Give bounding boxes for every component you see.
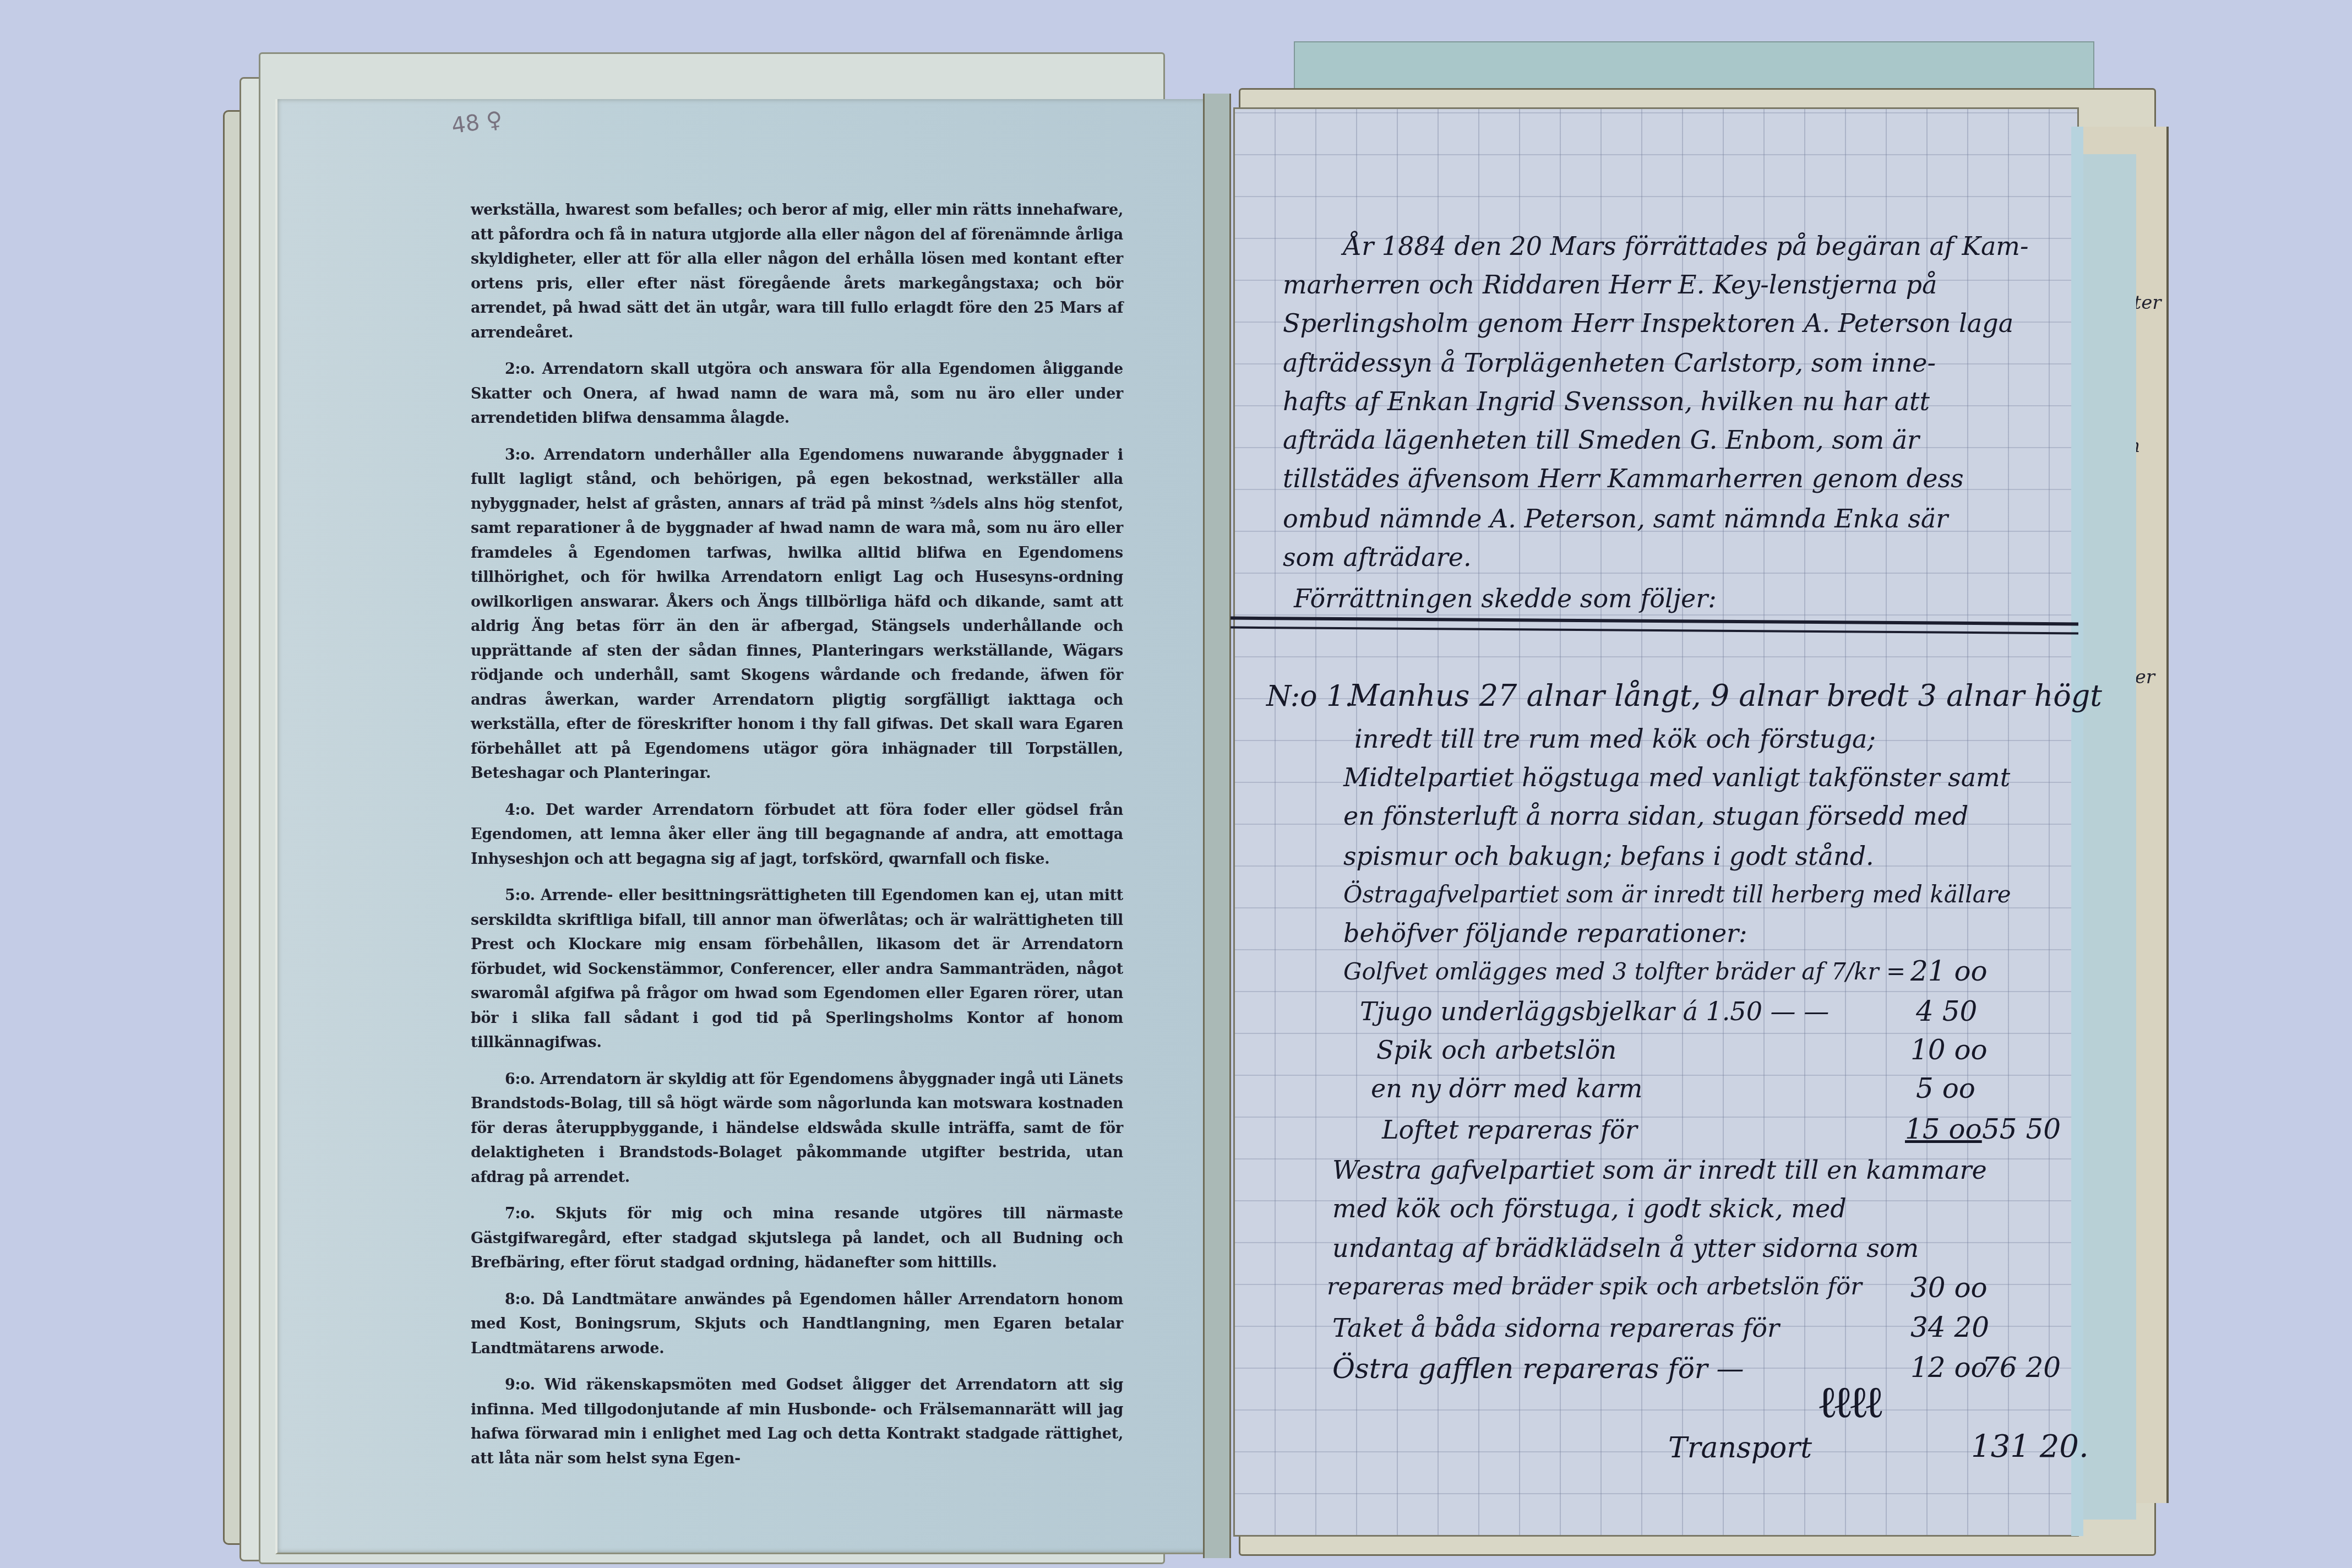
book-spine-gutter xyxy=(1203,94,1231,1558)
intro-line: afträdessyn å Torplägenheten Carlstorp, … xyxy=(1283,348,1936,378)
cost-label: Taket å båda sidorna repareras för xyxy=(1332,1313,1779,1343)
cost-label: Loftet repareras för xyxy=(1382,1115,1637,1145)
cost-amount: 12 oo xyxy=(1910,1352,1988,1384)
cost-label: Spik och arbetslön xyxy=(1376,1035,1616,1065)
cost-amount: 30 oo xyxy=(1910,1272,1988,1304)
cost-amount: 10 oo xyxy=(1910,1034,1988,1066)
cost-label: Tjugo underläggsbjelkar á 1.50 — — xyxy=(1360,997,1829,1026)
cost-amount: 34 20 xyxy=(1910,1311,1989,1343)
intro-line: ombud nämnde A. Peterson, samt nämnda En… xyxy=(1283,504,1948,533)
cost-amount: 4 50 xyxy=(1916,995,1977,1027)
intro-line: tillstädes äfvensom Herr Kammarherren ge… xyxy=(1283,464,1964,493)
intro-line: afträda lägenheten till Smeden G. Enbom,… xyxy=(1283,425,1919,455)
cost-amount: 21 oo xyxy=(1910,955,1988,987)
intro-line: Sperlingsholm genom Herr Inspektoren A. … xyxy=(1283,308,2013,338)
item-line: Manhus 27 alnar långt, 9 alnar bredt 3 a… xyxy=(1349,678,2102,713)
flourish-icon: ℓℓℓℓ xyxy=(1817,1376,1879,1428)
paragraph-5: 5:o. Arrende- eller besittningsrättighet… xyxy=(471,884,1123,1055)
paragraph-9: 9:o. Wid räkenskapsmöten med Godset ålig… xyxy=(471,1373,1123,1471)
cost-label: Östra gafflen repareras för — xyxy=(1332,1353,1744,1385)
paragraph-2: 2:o. Arrendatorn skall utgöra och answar… xyxy=(471,357,1123,431)
item-line: Midtelpartiet högstuga med vanligt takfö… xyxy=(1343,763,2010,792)
intro-line: År 1884 den 20 Mars förrättades på begär… xyxy=(1343,231,2028,261)
item-number-label: N:o 1. xyxy=(1266,680,1354,713)
cost-amount: 5 oo xyxy=(1916,1072,1975,1104)
paragraph-6: 6:o. Arrendatorn är skyldig att för Egen… xyxy=(471,1068,1123,1190)
cost-label: Golfvet omlägges med 3 tolfter bräder af… xyxy=(1343,958,1905,985)
transport-total: 131 20. xyxy=(1971,1429,2089,1464)
cost-subtotal: 76 20 xyxy=(1982,1352,2061,1384)
item-line: en fönsterluft å norra sidan, stugan för… xyxy=(1343,801,1968,831)
item-line: inredt till tre rum med kök och förstuga… xyxy=(1354,724,1876,754)
cost-label: repareras med bräder spik och arbetslön … xyxy=(1327,1273,1862,1300)
item-line: spismur och bakugn; befans i godt stånd. xyxy=(1343,841,1874,871)
item-line: Östragafvelpartiet som är inredt till he… xyxy=(1343,881,2011,908)
cost-amount: 15 oo xyxy=(1905,1113,1982,1145)
paragraph-7: 7:o. Skjuts för mig och mina resande utg… xyxy=(471,1202,1123,1276)
intro-line: marherren och Riddaren Herr E. Key-lenst… xyxy=(1283,270,1937,300)
paragraph-4: 4:o. Det warder Arrendatorn förbudet att… xyxy=(471,798,1123,872)
west-line: med kök och förstuga, i godt skick, med xyxy=(1332,1194,1847,1223)
printed-contract-text: werkställa, hwarest som befalles; och be… xyxy=(471,198,1123,1483)
intro-line: som afträdare. xyxy=(1283,542,1472,572)
paragraph-3: 3:o. Arrendatorn underhåller alla Egendo… xyxy=(471,443,1123,786)
transport-label: Transport xyxy=(1668,1431,1812,1464)
west-line: Westra gafvelpartiet som är inredt till … xyxy=(1332,1155,1987,1185)
paragraph-8: 8:o. Då Landtmätare anwändes på Egendome… xyxy=(471,1288,1123,1362)
cost-subtotal: 55 50 xyxy=(1982,1113,2061,1145)
item-line: behöfver följande reparationer: xyxy=(1343,918,1747,948)
section-heading: Förrättningen skedde som följer: xyxy=(1294,584,1717,613)
intro-line: hafts af Enkan Ingrid Svensson, hvilken … xyxy=(1283,386,1930,416)
paragraph-continuation: werkställa, hwarest som befalles; och be… xyxy=(471,198,1123,345)
page-edge-strip xyxy=(2071,127,2083,1536)
cost-label: en ny dörr med karm xyxy=(1371,1074,1642,1103)
west-line: undantag af brädklädseln å ytter sidorna… xyxy=(1332,1233,1919,1263)
